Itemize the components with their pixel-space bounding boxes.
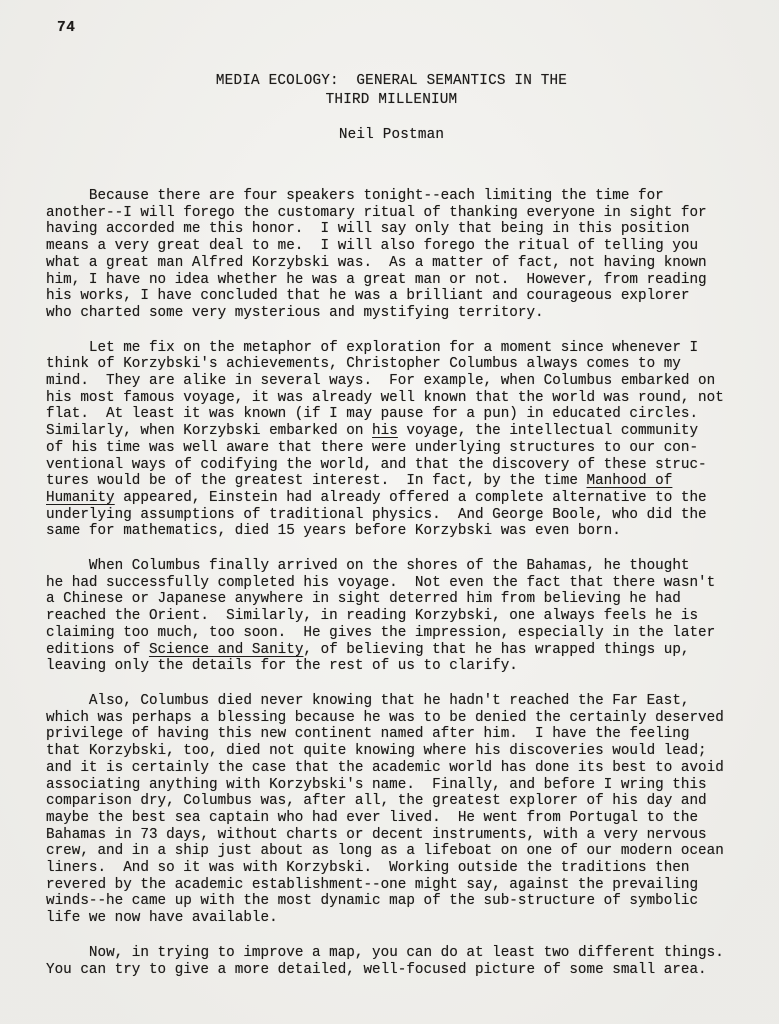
text-run: Now, in trying to improve a map, you can…: [46, 945, 724, 978]
text-run: Also, Columbus died never knowing that h…: [46, 693, 724, 926]
paragraphs: Because there are four speakers tonight-…: [46, 188, 737, 978]
paragraph: Now, in trying to improve a map, you can…: [46, 945, 737, 978]
document-page: 74 MEDIA ECOLOGY: GENERAL SEMANTICS IN T…: [0, 0, 779, 1024]
underlined-text: Humanity: [46, 490, 115, 506]
underlined-text: his: [372, 423, 398, 439]
paragraph: Because there are four speakers tonight-…: [46, 188, 737, 322]
document-title-line1: MEDIA ECOLOGY: GENERAL SEMANTICS IN THE: [46, 72, 737, 91]
document-title-line2: THIRD MILLENIUM: [46, 91, 737, 110]
page-number: 74: [57, 20, 737, 36]
text-run: Because there are four speakers tonight-…: [46, 188, 707, 321]
paragraph: Also, Columbus died never knowing that h…: [46, 693, 737, 927]
underlined-text: Science and Sanity: [149, 642, 303, 658]
author-name: Neil Postman: [46, 126, 737, 145]
paragraph: When Columbus finally arrived on the sho…: [46, 558, 737, 675]
paragraph: Let me fix on the metaphor of exploratio…: [46, 340, 737, 540]
title-block: MEDIA ECOLOGY: GENERAL SEMANTICS IN THE …: [46, 72, 737, 145]
text-run: appeared, Einstein had already offered a…: [46, 490, 707, 539]
underlined-text: Manhood of: [587, 473, 673, 489]
